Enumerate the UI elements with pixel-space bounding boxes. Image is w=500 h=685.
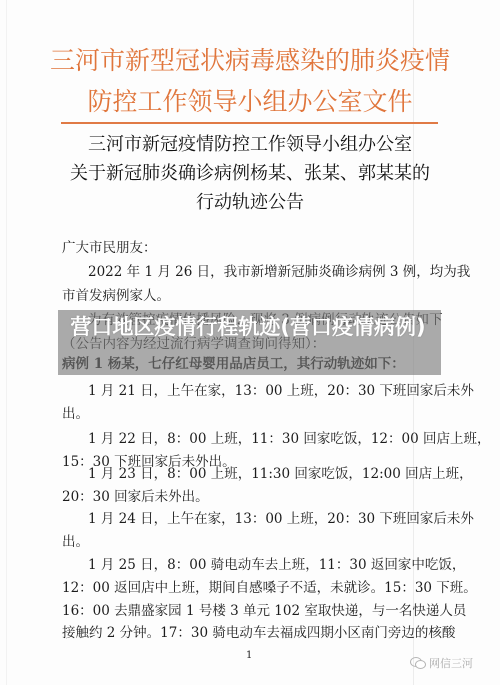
sub-title-line-2: 关于新冠肺炎确诊病例杨某、张某、郭某某的 — [0, 163, 500, 185]
itinerary-line: 1 月 21 日，上午在家，13：00 上班，20：30 下班回家后未外 — [62, 383, 468, 400]
wechat-icon — [410, 657, 426, 669]
intro-line-2: 市首发病例家人。 — [62, 288, 442, 305]
itinerary-line: 12：00 返回店中上班，期间自感嗓子不适，未就诊。15：30 下班。 — [62, 580, 442, 597]
source-watermark: 网信三河 — [410, 655, 473, 671]
itinerary-line: 1 月 25 日，8：00 骑电动车去上班，11：30 返回家中吃饭， — [62, 557, 468, 574]
itinerary-line: 1 月 24 日，上午在家，13：00 上班，20：30 下班回家后未外 — [62, 511, 468, 528]
watermark-label: 网信三河 — [429, 655, 473, 671]
itinerary-line: 1 月 22 日，8：00 上班，11：30 回家吃饭，12：00 回店上班， — [62, 431, 468, 448]
itinerary-line: 接触约 2 分钟。17：30 骑电动车去福成四期小区南门旁边的核酸 — [62, 625, 442, 642]
header-title-line-1: 三河市新型冠状病毒感染的肺炎疫情 — [0, 46, 500, 76]
overlay-title: 营口地区疫情行程轨迹(营口疫情病例) — [68, 313, 428, 341]
header-title-line-2: 防控工作领导小组办公室文件 — [0, 87, 500, 117]
page-number: 1 — [246, 650, 252, 661]
itinerary-line: 16：00 去鼎盛家园 1 号楼 3 单元 102 室取快递，与一名快递人员 — [62, 603, 442, 620]
itinerary-line: 1 月 23 日，8：00 上班，11:30 回家吃饭，12:00 回店上班， — [62, 466, 468, 483]
itinerary-line: 出。 — [62, 534, 442, 551]
header-divider — [61, 122, 438, 124]
itinerary-line: 20：30 回家后未外出。 — [62, 489, 442, 506]
salutation: 广大市民朋友： — [62, 240, 442, 257]
intro-line-1: 2022 年 1 月 26 日，我市新增新冠肺炎确诊病例 3 例，均为我 — [62, 264, 468, 281]
sub-title-line-3: 行动轨迹公告 — [0, 192, 500, 214]
itinerary-line: 出。 — [62, 406, 442, 423]
sub-title-line-1: 三河市新冠疫情防控工作领导小组办公室 — [0, 134, 500, 156]
